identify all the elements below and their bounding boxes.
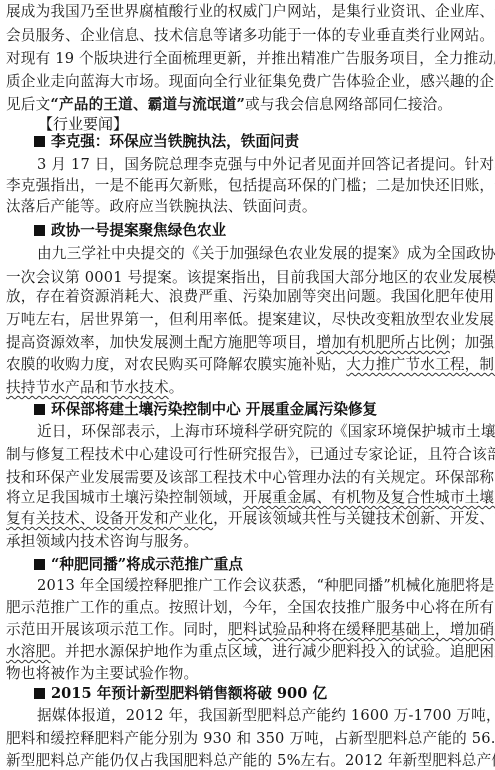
article-line: 示范田开展该项示范工作。同时，肥料试验品种将在缓释肥基础上，增加硝基肥和 [6,619,488,641]
article-heading: 2015 年预计新型肥料销售额将破 900 亿 [34,683,327,705]
article-line: 复有关技术、设备开发和产业化，开展该领域共性与关键技术创新、开发、转化、 [6,508,488,530]
square-bullet-icon [34,225,45,236]
article-line: 扶持节水产品和节水技术。 [6,377,488,399]
article-line: 农膜的收购力度，对农民购买可降解农膜实施补贴，大力推广节水工程，制定政策 [6,354,488,376]
article-line: 放，存在着资源消耗大、浪费严重、污染加剧等突出问题。我国化肥年使用量 5400 [6,286,488,308]
article-title: 环保部将建土壤污染控制中心 开展重金属污染修复 [51,401,377,418]
article-line: 水溶肥。并把水源保护地作为重点区域，进行减少肥料投入的试验。追肥困难的作 [6,641,488,663]
article-line: 制与修复工程技术中心建设可行性研究报告》，已通过专家论证，且符合该部环保科 [6,444,488,466]
underlined-text: 大力推广节水工程，制定政策 [346,356,495,373]
intro-line: 对现有 19 个版块进行全面梳理更新，并推出精准广告服务项目，全力推动腐植酸优 [6,48,488,70]
article-text: 提高资源效率，加快发展测土配方施肥等项目， [6,334,317,351]
square-bullet-icon [34,404,45,415]
article-line: 承担领域内技术咨询与服务。 [6,531,488,553]
article-line: 肥示范推广工作的重点。按照计划，今年，全国农技推广服务中心将在所有的玉米 [6,597,488,619]
article-line: 物也将被作为主要试验作物。 [6,663,488,685]
intro-line: 质企业走向蓝海大市场。现面向全行业征集免费广告体验企业，感兴趣的企业可参 [6,71,488,93]
article-heading: “种肥同播”将成示范推广重点 [34,554,243,576]
article-line: 将立足我国城市土壤污染控制领域，开展重金属、有机物及复合性城市土壤污染修 [6,487,488,509]
article-line: 3 月 17 日，国务院总理李克强与中外记者见面并回答记者提问。针对环保问题， [37,154,488,176]
article-title: 2015 年预计新型肥料销售额将破 900 亿 [51,685,327,702]
article-line: 近日，环保部表示，上海市环境科学研究院的《国家环境保护城市土壤污染控 [37,421,488,443]
article-line: 技和环保产业发展需要及该部工程技术中心管理办法的有关规定。环保部称，中心 [6,467,488,489]
article-line: 李克强指出，一是不能再欠新账，包括提高环保的门槛；二是加快还旧账，包括淘 [6,175,488,197]
article-title: “种肥同播”将成示范推广重点 [51,556,243,573]
article-title: 李克强：环保应当铁腕执法，铁面问责 [51,133,299,150]
article-line: 汰落后产能等。政府应当铁腕执法、铁面问责。 [6,196,488,218]
underlined-text: 复有关技术、设备开发和产业化 [6,510,213,527]
article-heading: 政协一号提案聚焦绿色农业 [34,220,226,242]
article-line: 提高资源效率，加快发展测土配方施肥等项目，增加有机肥所占比例；加强对废旧 [6,332,488,354]
square-bullet-icon [34,559,45,570]
article-text: 农膜的收购力度，对农民购买可降解农膜实施补贴， [6,356,346,373]
article-heading: 李克强：环保应当铁腕执法，铁面问责 [34,131,299,153]
square-bullet-icon [34,136,45,147]
article-text: 。并把水源保护地作为重点区域，进行减少肥料投入的试验。追肥困难的作 [50,643,495,660]
article-line: 2013 年全国缓控释肥推广工作会议获悉，“种肥同播”机械化施肥将是今年缓释 [37,575,488,597]
article-text: ；加强对废旧 [450,334,495,351]
article-line: 据媒体报道，2012 年，我国新型肥料总产能约 1600 万-1700 万吨，其… [37,705,488,727]
article-text: 。 [169,379,184,396]
intro-line: 展成为我国乃至世界腐植酸行业的权威门户网站，是集行业资讯、企业库、专家库、 [6,1,488,23]
article-text: 将立足我国城市土壤污染控制领域， [6,489,243,506]
square-bullet-icon [34,688,45,699]
underlined-text: 肥料试验品种将在缓释肥基础上，增加硝基肥和 [228,621,495,638]
article-line: 新型肥料总产能仍仅占我国肥料总产能的 5%左右。2012 年新型肥料总产值约为 … [6,750,488,770]
article-line: 由九三学社中央提交的《关于加强绿色农业发展的提案》成为全国政协十二届 [37,243,488,265]
underlined-text: 扶持节水产品和节水技术 [6,379,169,396]
intro-text: 或与我会信息网络部同仁接洽。 [245,96,452,113]
underlined-text: 开展重金属、有机物及复合性城市土壤污染修 [243,489,495,506]
article-text: ，开展该领域共性与关键技术创新、开发、转化、 [213,510,495,527]
article-heading: 环保部将建土壤污染控制中心 开展重金属污染修复 [34,399,377,421]
intro-text: 见后文 [6,96,50,113]
underlined-text: 水溶肥 [6,643,50,660]
article-line: 万吨左右，居世界第一，但利用率低。提案建议，尽快改变粗放型农业发展模式， [6,309,488,331]
intro-line: 会员服务、企业信息、技术信息等诸多功能于一体的专业垂直类行业网站。计划针 [6,25,488,47]
article-title: 政协一号提案聚焦绿色农业 [51,222,226,239]
emphasis-title: “产品的王道、霸道与流氓道” [50,96,245,113]
underlined-text: 增加有机肥所占比例 [317,334,450,351]
article-text: 示范田开展该项示范工作。同时， [6,621,228,638]
article-line: 肥料和缓控释肥料产能分别为 930 和 350 万吨，占新型肥料总产能的 56.… [6,728,488,750]
